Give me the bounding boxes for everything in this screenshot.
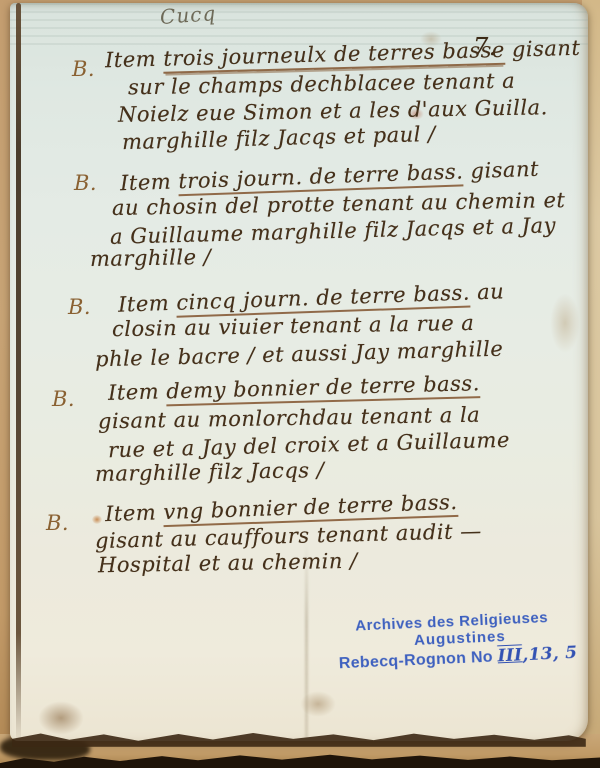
margin-mark: B. (74, 171, 97, 195)
margin-mark: B. (72, 57, 95, 81)
foxing-stain (38, 701, 84, 735)
foxing-stain (550, 293, 580, 353)
foxing-stain (300, 691, 336, 717)
stamp-handwritten-number: III,13, 5 (497, 643, 578, 666)
archive-stamp: Archives des Religieuses Augustines Rebe… (337, 608, 583, 674)
underlined-phrase: demy bonnier de terre bass. (166, 371, 480, 406)
margin-mark: B. (68, 295, 91, 319)
manuscript-photo: { "page": { "top_inscription": "Cucq", "… (0, 0, 600, 768)
margin-mark: B. (52, 387, 75, 411)
margin-mark: B. (46, 511, 69, 535)
foxing-stain (92, 515, 102, 524)
torn-bottom-edge (12, 729, 586, 747)
entry-line: Item demy bonnier de terre bass. (108, 370, 480, 406)
entry-line: Hospital et au chemin / (98, 548, 358, 579)
manuscript-page: Cucq 7. B. Item trois journeulx de terre… (10, 3, 588, 741)
entry-line: marghille / (90, 244, 212, 272)
binding-gutter (16, 3, 21, 745)
top-inscription: Cucq (159, 1, 217, 29)
entry-line: marghille filz Jacqs / (95, 457, 325, 487)
